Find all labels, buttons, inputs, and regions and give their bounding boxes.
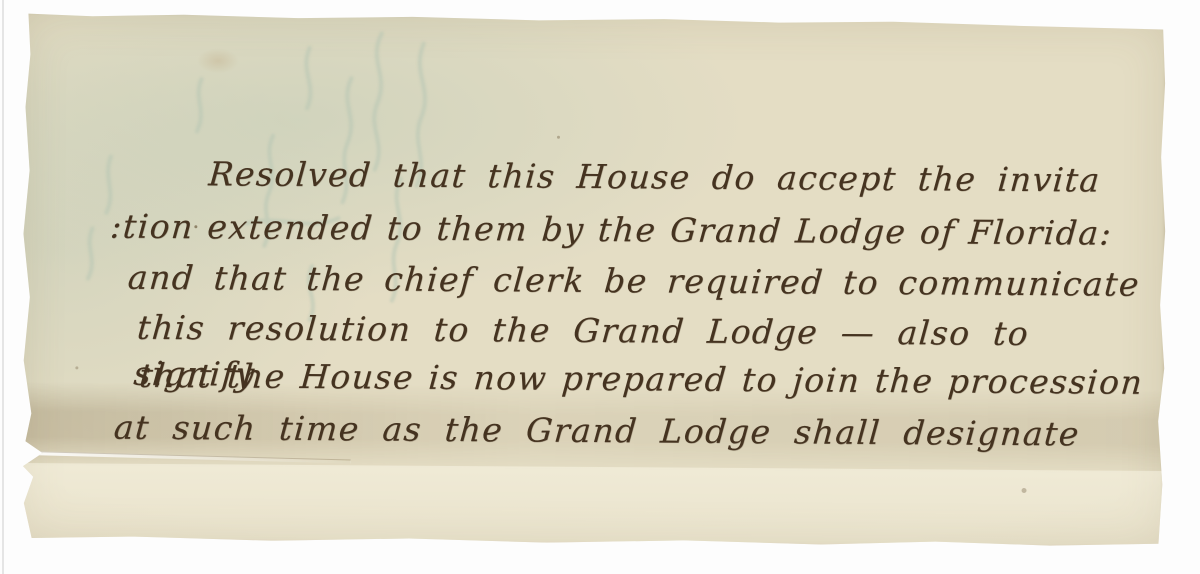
manuscript-page: Resolved that this House do accept the i… [20,12,1168,548]
scan-background: Resolved that this House do accept the i… [0,0,1200,574]
bottom-light-strip [20,463,1165,548]
tear-line [21,451,351,464]
handwriting-line-6: at such time as the Grand Lodge shall de… [112,405,1082,458]
handwriting-line-3: and that the chief clerk be required to … [126,255,1142,308]
handwriting-line-5: that the House is now prepared to join t… [138,353,1146,406]
handwriting-line-1: Resolved that this House do accept the i… [207,151,1103,203]
handwriting-line-2: :tion extended to them by the Grand Lodg… [109,204,1115,257]
